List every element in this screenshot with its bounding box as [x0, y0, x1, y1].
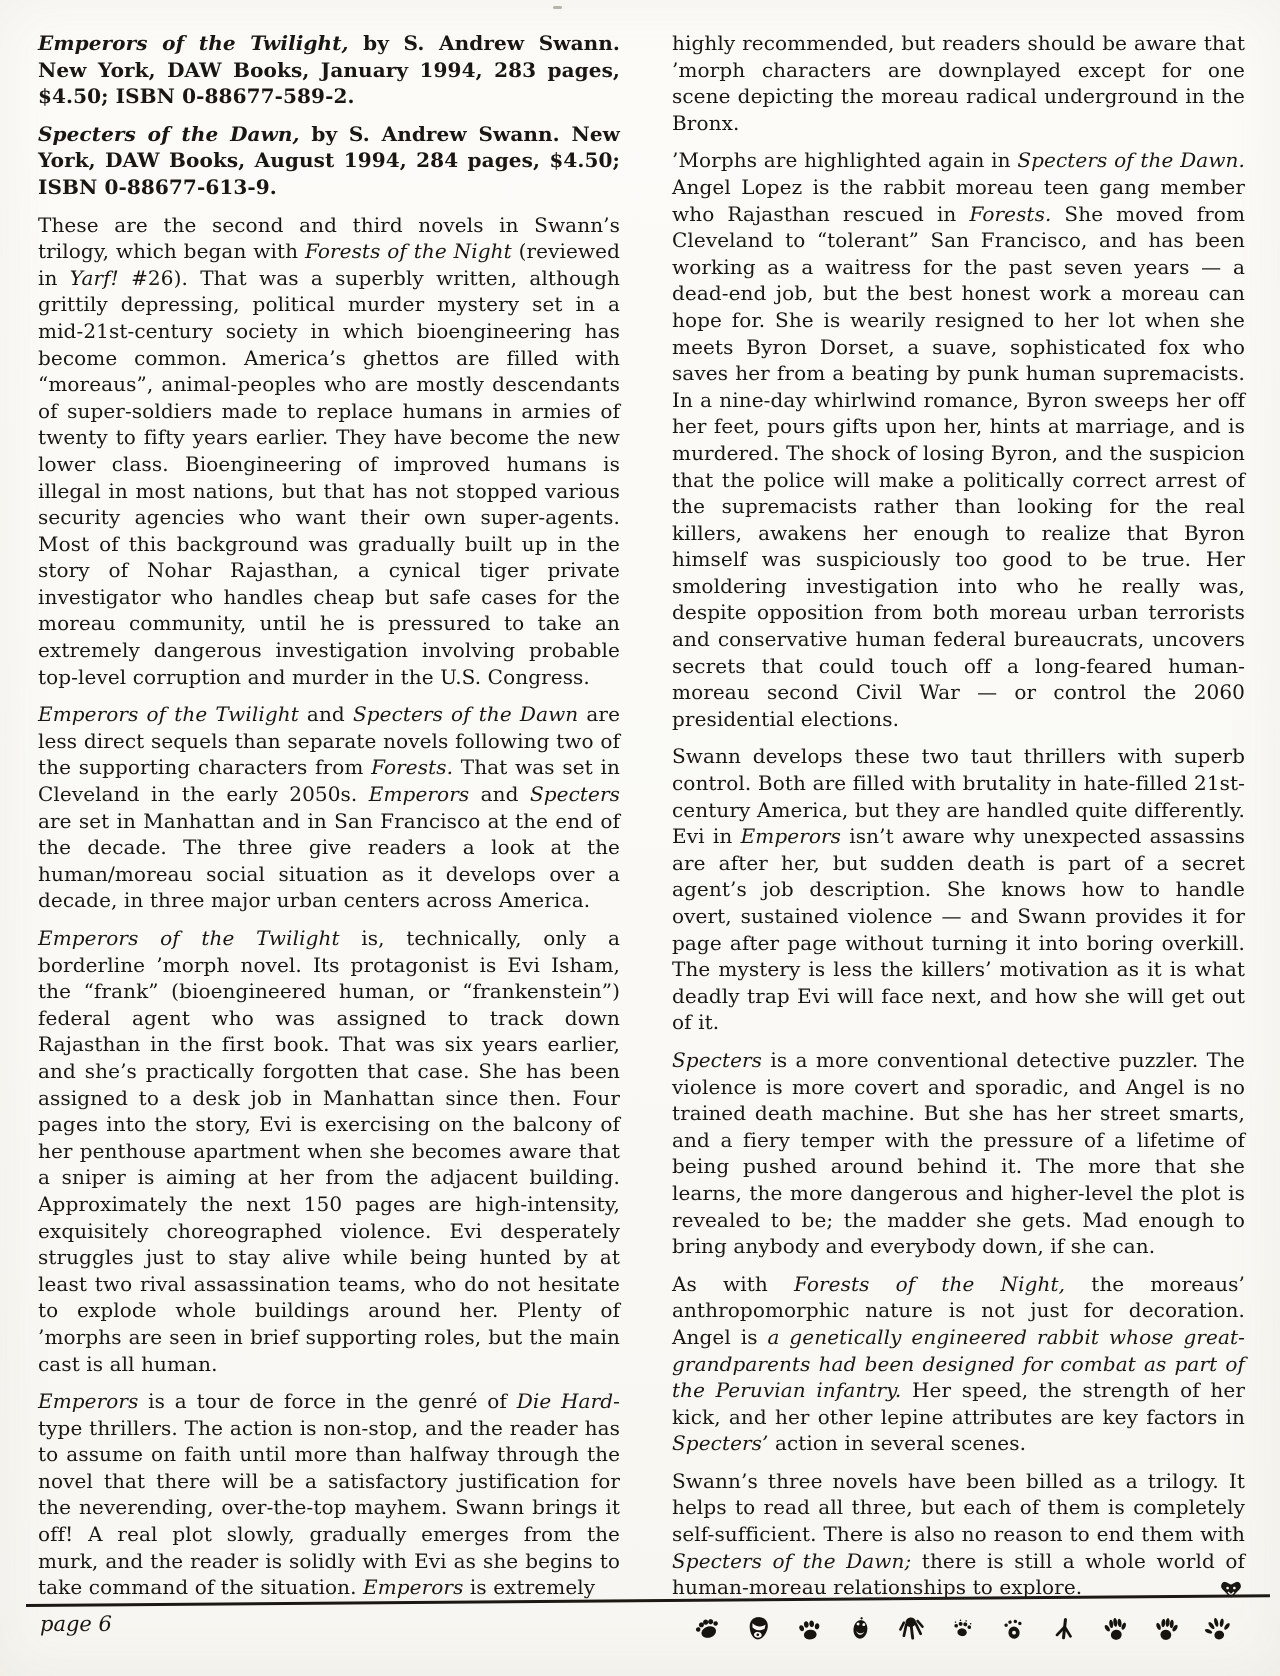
page-number: page 6: [40, 1612, 112, 1636]
canine-paw-track-icon: [794, 1613, 824, 1643]
text-segment: Emperors of the Twilight: [38, 926, 340, 950]
text-segment: is a more conventional detective puzzler…: [672, 1048, 1245, 1258]
raccoon-track-icon: [846, 1614, 876, 1644]
fox-mask-icon: [744, 1614, 774, 1644]
text-segment: is extremely: [463, 1575, 595, 1599]
text-segment: Emperors: [363, 1575, 463, 1599]
opossum-hand-track-icon: [896, 1613, 926, 1643]
body-paragraph: highly recommended, but readers should b…: [672, 30, 1245, 136]
left-column: Emperors of the Twilight, by S. Andrew S…: [38, 30, 620, 1642]
text-segment: Emperors: [38, 1389, 138, 1413]
text-segment: action in several scenes.: [769, 1431, 1027, 1455]
text-segment: Yarf!: [70, 266, 119, 290]
text-segment: Specters’: [672, 1431, 769, 1455]
text-segment: Emperors of the Twilight,: [38, 31, 349, 55]
text-segment: Specters: [530, 782, 620, 806]
text-segment: Forests.: [371, 755, 453, 779]
text-segment: -type thrillers. The action is non-stop,…: [38, 1389, 620, 1599]
hand-track-icon: [1152, 1614, 1182, 1644]
bear-paw-track-icon: [692, 1613, 722, 1643]
text-segment: highly recommended, but readers should b…: [672, 31, 1245, 135]
paw-prints-row: [672, 1615, 1245, 1642]
body-paragraph: Swann’s three novels have been billed as…: [672, 1468, 1245, 1601]
hand-track-icon: [1100, 1613, 1130, 1643]
book-citation: Specters of the Dawn, by S. Andrew Swann…: [38, 121, 620, 201]
body-paragraph: Swann develops these two taut thrillers …: [672, 743, 1245, 1036]
scanned-zine-review-page: Emperors of the Twilight, by S. Andrew S…: [0, 0, 1280, 1676]
right-column: highly recommended, but readers should b…: [672, 30, 1245, 1642]
text-segment: Emperors of the Twilight: [38, 702, 299, 726]
text-segment: Specters of the Dawn,: [38, 122, 300, 146]
text-segment: is a tour de force in the genré of: [138, 1389, 516, 1413]
text-segment: Specters of the Dawn;: [672, 1549, 911, 1573]
text-segment: As with: [672, 1272, 794, 1296]
text-segment: are set in Manhattan and in San Francisc…: [38, 809, 620, 913]
body-paragraph: Emperors of the Twilight and Specters of…: [38, 701, 620, 914]
text-segment: Die Hard: [517, 1389, 613, 1413]
scan-speck: [553, 6, 562, 9]
body-paragraph: Emperors is a tour de force in the genré…: [38, 1388, 620, 1601]
text-segment: Specters of the Dawn.: [1017, 148, 1245, 172]
body-paragraph: As with Forests of the Night, the moreau…: [672, 1271, 1245, 1457]
text-segment: Swann’s three novels have been billed as…: [672, 1469, 1245, 1546]
text-segment: Forests.: [969, 202, 1051, 226]
body-paragraph: These are the second and third novels in…: [38, 212, 620, 691]
text-segment: and: [299, 702, 353, 726]
text-segment: Forests of the Night,: [794, 1272, 1065, 1296]
rodent-track-icon: [998, 1613, 1028, 1643]
book-citation: Emperors of the Twilight, by S. Andrew S…: [38, 30, 620, 110]
text-segment: Emperors: [369, 782, 469, 806]
text-segment: and: [469, 782, 530, 806]
text-segment: isn’t aware why unexpected assassins are…: [672, 824, 1245, 1034]
two-column-text: Emperors of the Twilight, by S. Andrew S…: [38, 30, 1245, 1642]
text-segment: She moved from Cleveland to “tolerant” S…: [672, 202, 1245, 731]
text-segment: ’Morphs are highlighted again in: [672, 148, 1017, 172]
text-segment: #26). That was a superbly written, altho…: [38, 266, 620, 689]
body-paragraph: Specters is a more conventional detectiv…: [672, 1047, 1245, 1260]
bird-foot-track-icon: [1050, 1614, 1080, 1644]
text-segment: Emperors: [741, 824, 841, 848]
text-segment: Specters: [672, 1048, 762, 1072]
text-segment: Forests of the Night: [305, 239, 512, 263]
text-segment: is, technically, only a borderline ’morp…: [38, 926, 620, 1376]
cat-paw-track-icon: [948, 1614, 978, 1644]
splayed-hand-track-icon: [1202, 1613, 1232, 1643]
body-paragraph: Emperors of the Twilight is, technically…: [38, 925, 620, 1377]
text-segment: Specters of the Dawn: [353, 702, 578, 726]
body-paragraph: ’Morphs are highlighted again in Specter…: [672, 147, 1245, 732]
